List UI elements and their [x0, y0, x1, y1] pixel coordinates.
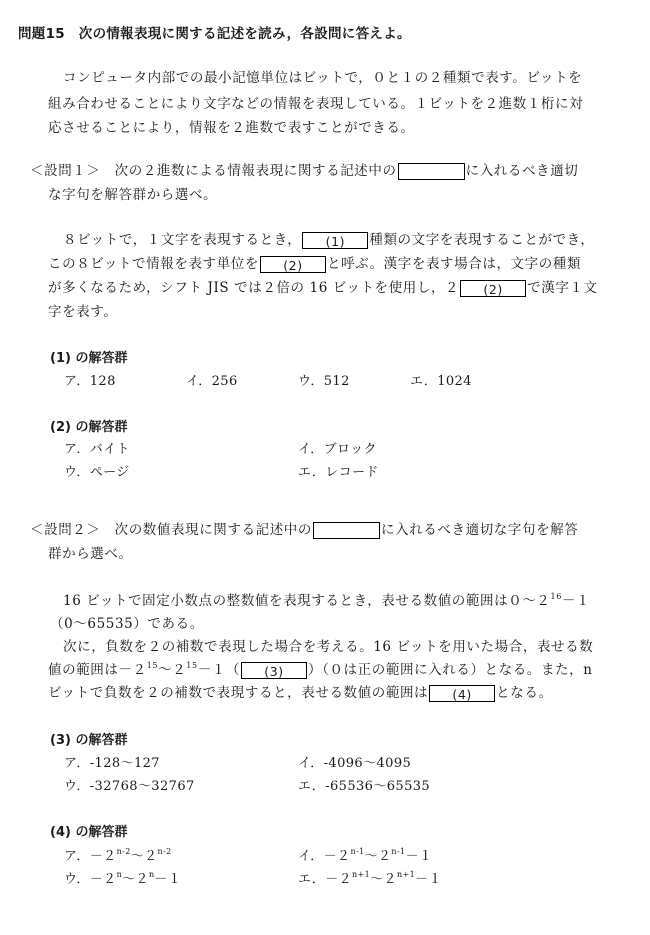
- answer-option[interactable]: ウ．512: [298, 370, 350, 389]
- exponent: n-1: [350, 847, 364, 856]
- answer-option[interactable]: エ．レコード: [298, 461, 379, 480]
- q1-line-3: が多くなるため，シフト JIS では２倍の 16 ビットを使用し，２(2)で漢字…: [48, 278, 598, 298]
- blank-2-repeat[interactable]: (2): [460, 280, 526, 297]
- answer-option[interactable]: ウ．ページ: [64, 461, 130, 480]
- subquestion-1-heading: ＜設問１＞ 次の２進数による情報表現に関する記述中のに入れるべき適切: [30, 161, 578, 181]
- answer-option[interactable]: イ．ブロック: [298, 438, 377, 457]
- answer-group-1-heading: (1) の解答群: [50, 347, 127, 366]
- answer-group-3-heading: (3) の解答群: [50, 729, 127, 748]
- answer-option[interactable]: ウ．－２n～２n－１: [64, 868, 181, 887]
- text: ～２: [365, 849, 392, 864]
- exponent: n-1: [391, 847, 405, 856]
- text: この８ビットで情報を表す単位を: [48, 256, 259, 272]
- text: 16 ビットで固定小数点の整数値を表現するとき，表せる数値の範囲は０～２: [63, 593, 551, 609]
- text: ）（０は正の範囲に入れる）となる。また，n: [308, 662, 593, 678]
- text: －１: [406, 849, 433, 864]
- answer-option[interactable]: イ．-4096～4095: [298, 752, 411, 771]
- text: ア．－２: [64, 849, 117, 864]
- exponent: 15: [186, 661, 197, 670]
- exponent: n+1: [397, 870, 415, 879]
- intro-line: 組み合わせることにより文字などの情報を表現している。１ビットを２進数１桁に対: [48, 94, 583, 114]
- blank-2[interactable]: (2): [260, 256, 326, 273]
- text: ～２: [158, 662, 186, 678]
- text: で漢字１文: [527, 280, 598, 296]
- question-title: 問題15 次の情報表現に関する記述を読み，各設問に答えよ。: [18, 22, 411, 42]
- blank-3[interactable]: (3): [241, 662, 307, 679]
- answer-option[interactable]: ア．バイト: [64, 438, 130, 457]
- q1-line-2: この８ビットで情報を表す単位を(2)と呼ぶ。漢字を表す場合は，文字の種類: [48, 254, 581, 274]
- answer-option[interactable]: エ．－２n+1～２n+1－１: [298, 868, 442, 887]
- blank-box-sample: [313, 522, 380, 539]
- text: ～２: [370, 872, 397, 887]
- answer-option[interactable]: ア．－２n-2～２n-2: [64, 845, 172, 864]
- text: ～２: [122, 872, 149, 887]
- heading-text: ＜設問１＞ 次の２進数による情報表現に関する記述中の: [30, 163, 397, 179]
- text: ビットで負数を２の補数で表現すると，表せる数値の範囲は: [48, 685, 428, 701]
- answer-option[interactable]: ア．128: [64, 370, 116, 389]
- text: －１（: [198, 662, 240, 678]
- subquestion-1-heading-cont: な字句を解答群から選べ。: [48, 185, 217, 205]
- subquestion-2-heading: ＜設問２＞ 次の数値表現に関する記述中のに入れるべき適切な字句を解答: [30, 520, 578, 540]
- q1-line-1: ８ビットで，１文字を表現するとき，(1)種類の文字を表現することができ，: [63, 230, 594, 250]
- heading-text: に入れるべき適切な字句を解答: [381, 522, 578, 538]
- exponent: n+1: [352, 870, 370, 879]
- answer-option[interactable]: イ．256: [186, 370, 238, 389]
- text: が多くなるため，シフト JIS では２倍の 16 ビットを使用し，２: [48, 280, 459, 296]
- text: ウ．－２: [64, 872, 117, 887]
- text: －１: [562, 593, 590, 609]
- intro-line: コンピュータ内部での最小記憶単位はビットで，０と１の２種類で表す。ビットを: [63, 68, 582, 88]
- text: －１: [415, 872, 442, 887]
- text: と呼ぶ。漢字を表す場合は，文字の種類: [327, 256, 581, 272]
- text: となる。: [496, 685, 552, 701]
- answer-option[interactable]: ア．-128～127: [64, 752, 160, 771]
- answer-option[interactable]: エ．-65536～65535: [298, 775, 430, 794]
- text: 種類の文字を表現することができ，: [369, 232, 594, 248]
- heading-text: に入れるべき適切: [466, 163, 579, 179]
- q2-line-2: （0～65535）である。: [50, 614, 204, 634]
- q2-line-3: 次に，負数を２の補数で表現した場合を考える。16 ビットを用いた場合，表せる数: [63, 637, 593, 657]
- subquestion-2-heading-cont: 群から選べ。: [48, 544, 133, 564]
- answer-option[interactable]: ウ．-32768～32767: [64, 775, 195, 794]
- answer-option[interactable]: イ．－２n-1～２n-1－１: [298, 845, 432, 864]
- text: エ．－２: [298, 872, 352, 887]
- q1-line-4: 字を表す。: [48, 302, 117, 322]
- exponent: 15: [147, 661, 158, 670]
- blank-4[interactable]: (4): [429, 685, 495, 702]
- intro-line: 応させることにより，情報を２進数で表すことができる。: [48, 118, 415, 138]
- answer-option[interactable]: エ．1024: [410, 370, 472, 389]
- text: イ．－２: [298, 849, 350, 864]
- q2-line-5: ビットで負数を２の補数で表現すると，表せる数値の範囲は(4)となる。: [48, 683, 553, 703]
- answer-group-4-heading: (4) の解答群: [50, 821, 127, 840]
- exponent: 16: [551, 592, 562, 601]
- text: ８ビットで，１文字を表現するとき，: [63, 232, 301, 248]
- text: 値の範囲は－２: [48, 662, 147, 678]
- blank-1[interactable]: (1): [302, 232, 368, 249]
- answer-group-2-heading: (2) の解答群: [50, 416, 127, 435]
- exponent: n-2: [117, 847, 131, 856]
- text: －１: [155, 872, 182, 887]
- heading-text: ＜設問２＞ 次の数値表現に関する記述中の: [30, 522, 312, 538]
- q2-line-4: 値の範囲は－２15～２15－１（(3)）（０は正の範囲に入れる）となる。また，n: [48, 660, 593, 680]
- blank-box-sample: [398, 163, 465, 180]
- q2-line-1: 16 ビットで固定小数点の整数値を表現するとき，表せる数値の範囲は０～２16－１: [63, 591, 590, 611]
- text: ～２: [131, 849, 158, 864]
- exponent: n-2: [158, 847, 172, 856]
